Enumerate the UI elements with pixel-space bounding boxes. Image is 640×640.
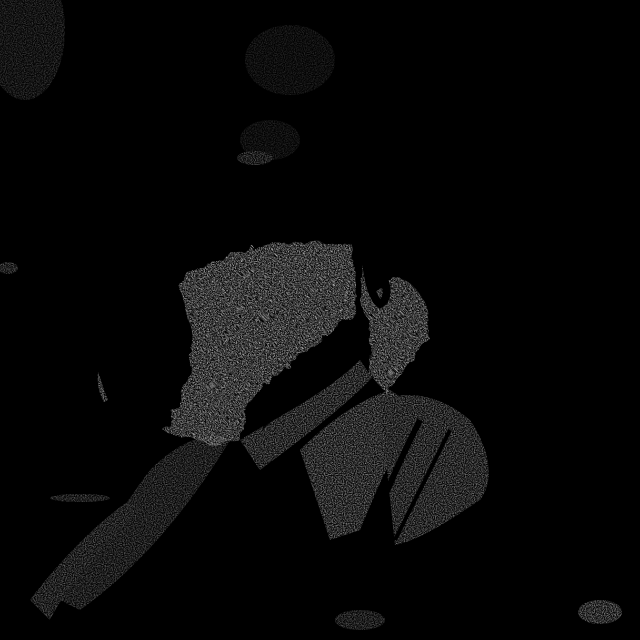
photograph bbox=[0, 0, 640, 640]
